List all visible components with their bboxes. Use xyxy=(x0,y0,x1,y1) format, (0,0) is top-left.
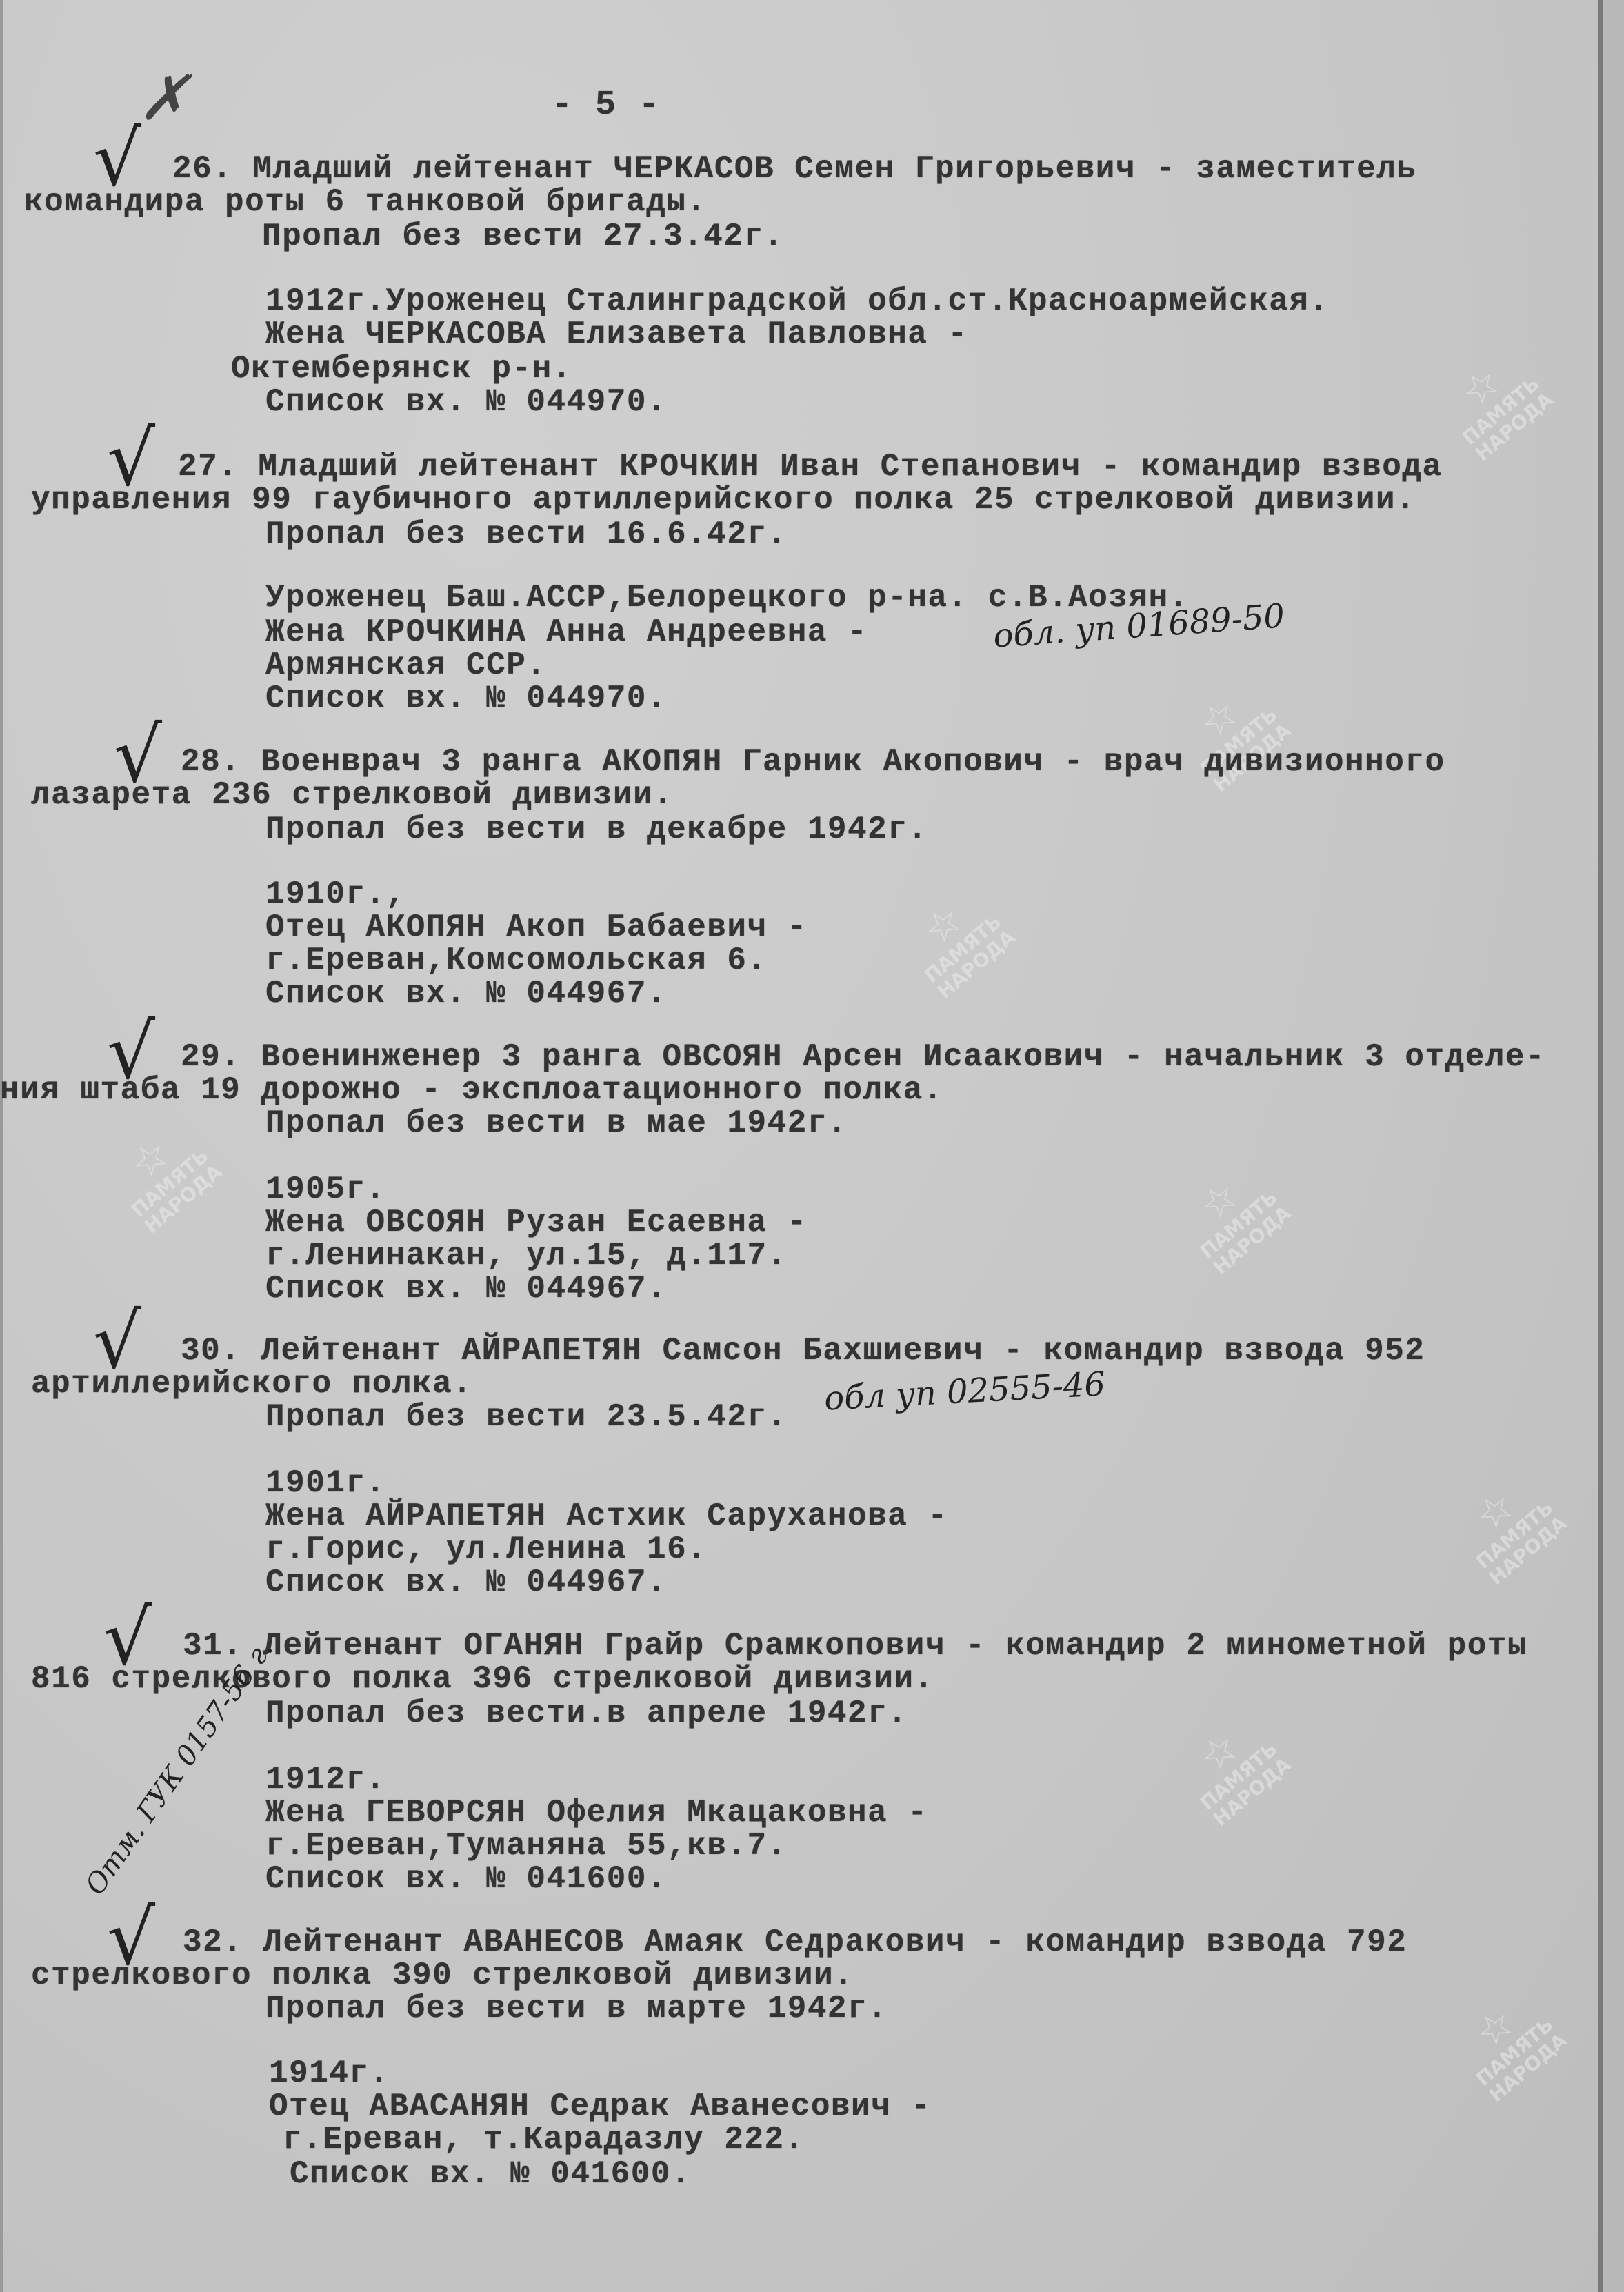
entry-birth-info: 1905г. xyxy=(265,1172,386,1207)
entry-list-number: Список вх. № 044967. xyxy=(265,1271,667,1306)
entry-list-number: Список вх. № 044967. xyxy=(265,1565,667,1600)
entry-line: стрелкового полка 390 стрелковой дивизии… xyxy=(31,1958,854,1993)
entry-relative: Отец АВАСАНЯН Седрак Аванесович - xyxy=(269,2089,931,2124)
entry-relative: Жена АЙРАПЕТЯН Астхик Саруханова - xyxy=(265,1499,948,1534)
entry-birth-info: 1910г., xyxy=(265,877,406,912)
pencil-cross-mark-icon: ✗ xyxy=(138,62,190,134)
entry-relative: Жена КРОЧКИНА Анна Андреевна - xyxy=(265,615,868,650)
entry-missing-date: Пропал без вести в марте 1942г. xyxy=(265,1991,888,2026)
entry-relative: Жена ГЕВОРСЯН Офелия Мкацаковна - xyxy=(265,1796,928,1830)
page-number: - 5 - xyxy=(552,88,661,123)
entry-list-number: Список вх. № 041600. xyxy=(290,2157,691,2191)
entry-list-number: Список вх. № 044970. xyxy=(265,385,667,419)
entry-relative: Отец АКОПЯН Акоп Бабаевич - xyxy=(265,910,808,945)
entry-address: г.Горис, ул.Ленина 16. xyxy=(265,1532,707,1567)
entry-address: г.Ереван, т.Карадазлу 222. xyxy=(283,2122,805,2157)
entry-birth-info: 1912г. xyxy=(265,1762,386,1797)
entry-missing-date: Пропал без вести в декабре 1942г. xyxy=(265,812,928,847)
entry-list-number: Список вх. № 044967. xyxy=(265,976,667,1011)
entry-address: Октемберянск р-н. xyxy=(231,352,572,386)
entry-line: ния штаба 19 дорожно - эксплоатационного… xyxy=(0,1073,943,1107)
entry-birth-info: 1914г. xyxy=(269,2056,390,2091)
entry-birth-info: 1901г. xyxy=(265,1466,386,1500)
entry-list-number: Список вх. № 044970. xyxy=(265,681,667,716)
entry-missing-date: Пропал без вести в мае 1942г. xyxy=(265,1106,848,1140)
entry-line: артиллерийского полка. xyxy=(31,1367,472,1401)
entry-address: г.Ереван,Комсомольская 6. xyxy=(265,943,768,978)
entry-heading: 26. Младший лейтенант ЧЕРКАСОВ Семен Гри… xyxy=(172,152,1416,186)
entry-relative: Жена ЧЕРКАСОВА Елизавета Павловна - xyxy=(265,317,968,352)
entry-line: командира роты 6 танковой бригады. xyxy=(24,185,707,219)
entry-birth-info: 1912г.Уроженец Сталинградской обл.ст.Кра… xyxy=(265,284,1330,319)
entry-heading: 32. Лейтенант АВАНЕСОВ Амаяк Седракович … xyxy=(183,1925,1407,1960)
entry-heading: 28. Военврач 3 ранга АКОПЯН Гарник Акопо… xyxy=(181,745,1445,779)
entry-heading: 30. Лейтенант АЙРАПЕТЯН Самсон Бахшиевич… xyxy=(181,1334,1425,1368)
entry-address: Армянская ССР. xyxy=(265,648,546,683)
entry-missing-date: Пропал без вести.в апреле 1942г. xyxy=(265,1696,908,1731)
entry-heading: 31. Лейтенант ОГАНЯН Грайр Срамкопович -… xyxy=(183,1629,1527,1663)
entry-missing-date: Пропал без вести 16.6.42г. xyxy=(265,517,788,552)
entry-list-number: Список вх. № 041600. xyxy=(265,1862,667,1896)
entry-heading: 29. Военинженер 3 ранга ОВСОЯН Арсен Иса… xyxy=(181,1040,1545,1074)
page-left-edge xyxy=(0,0,3,2292)
scan-background-strip xyxy=(1603,0,1624,2292)
entry-address: г.Ереван,Туманяна 55,кв.7. xyxy=(265,1829,788,1863)
entry-missing-date: Пропал без вести 27.3.42г. xyxy=(262,219,784,254)
entry-line: 816 стрелкового полка 396 стрелковой див… xyxy=(31,1662,934,1696)
entry-line: лазарета 236 стрелковой дивизии. xyxy=(31,778,673,812)
entry-relative: Жена ОВСОЯН Рузан Есаевна - xyxy=(265,1205,808,1240)
entry-address: г.Ленинакан, ул.15, д.117. xyxy=(265,1238,788,1273)
entry-missing-date: Пропал без вести 23.5.42г. xyxy=(265,1400,788,1434)
entry-heading: 27. Младший лейтенант КРОЧКИН Иван Степа… xyxy=(178,450,1443,484)
entry-line: управления 99 гаубичного артиллерийского… xyxy=(31,483,1416,517)
entry-birth-info: Уроженец Баш.АССР,Белорецкого р-на. с.В.… xyxy=(265,581,1189,615)
